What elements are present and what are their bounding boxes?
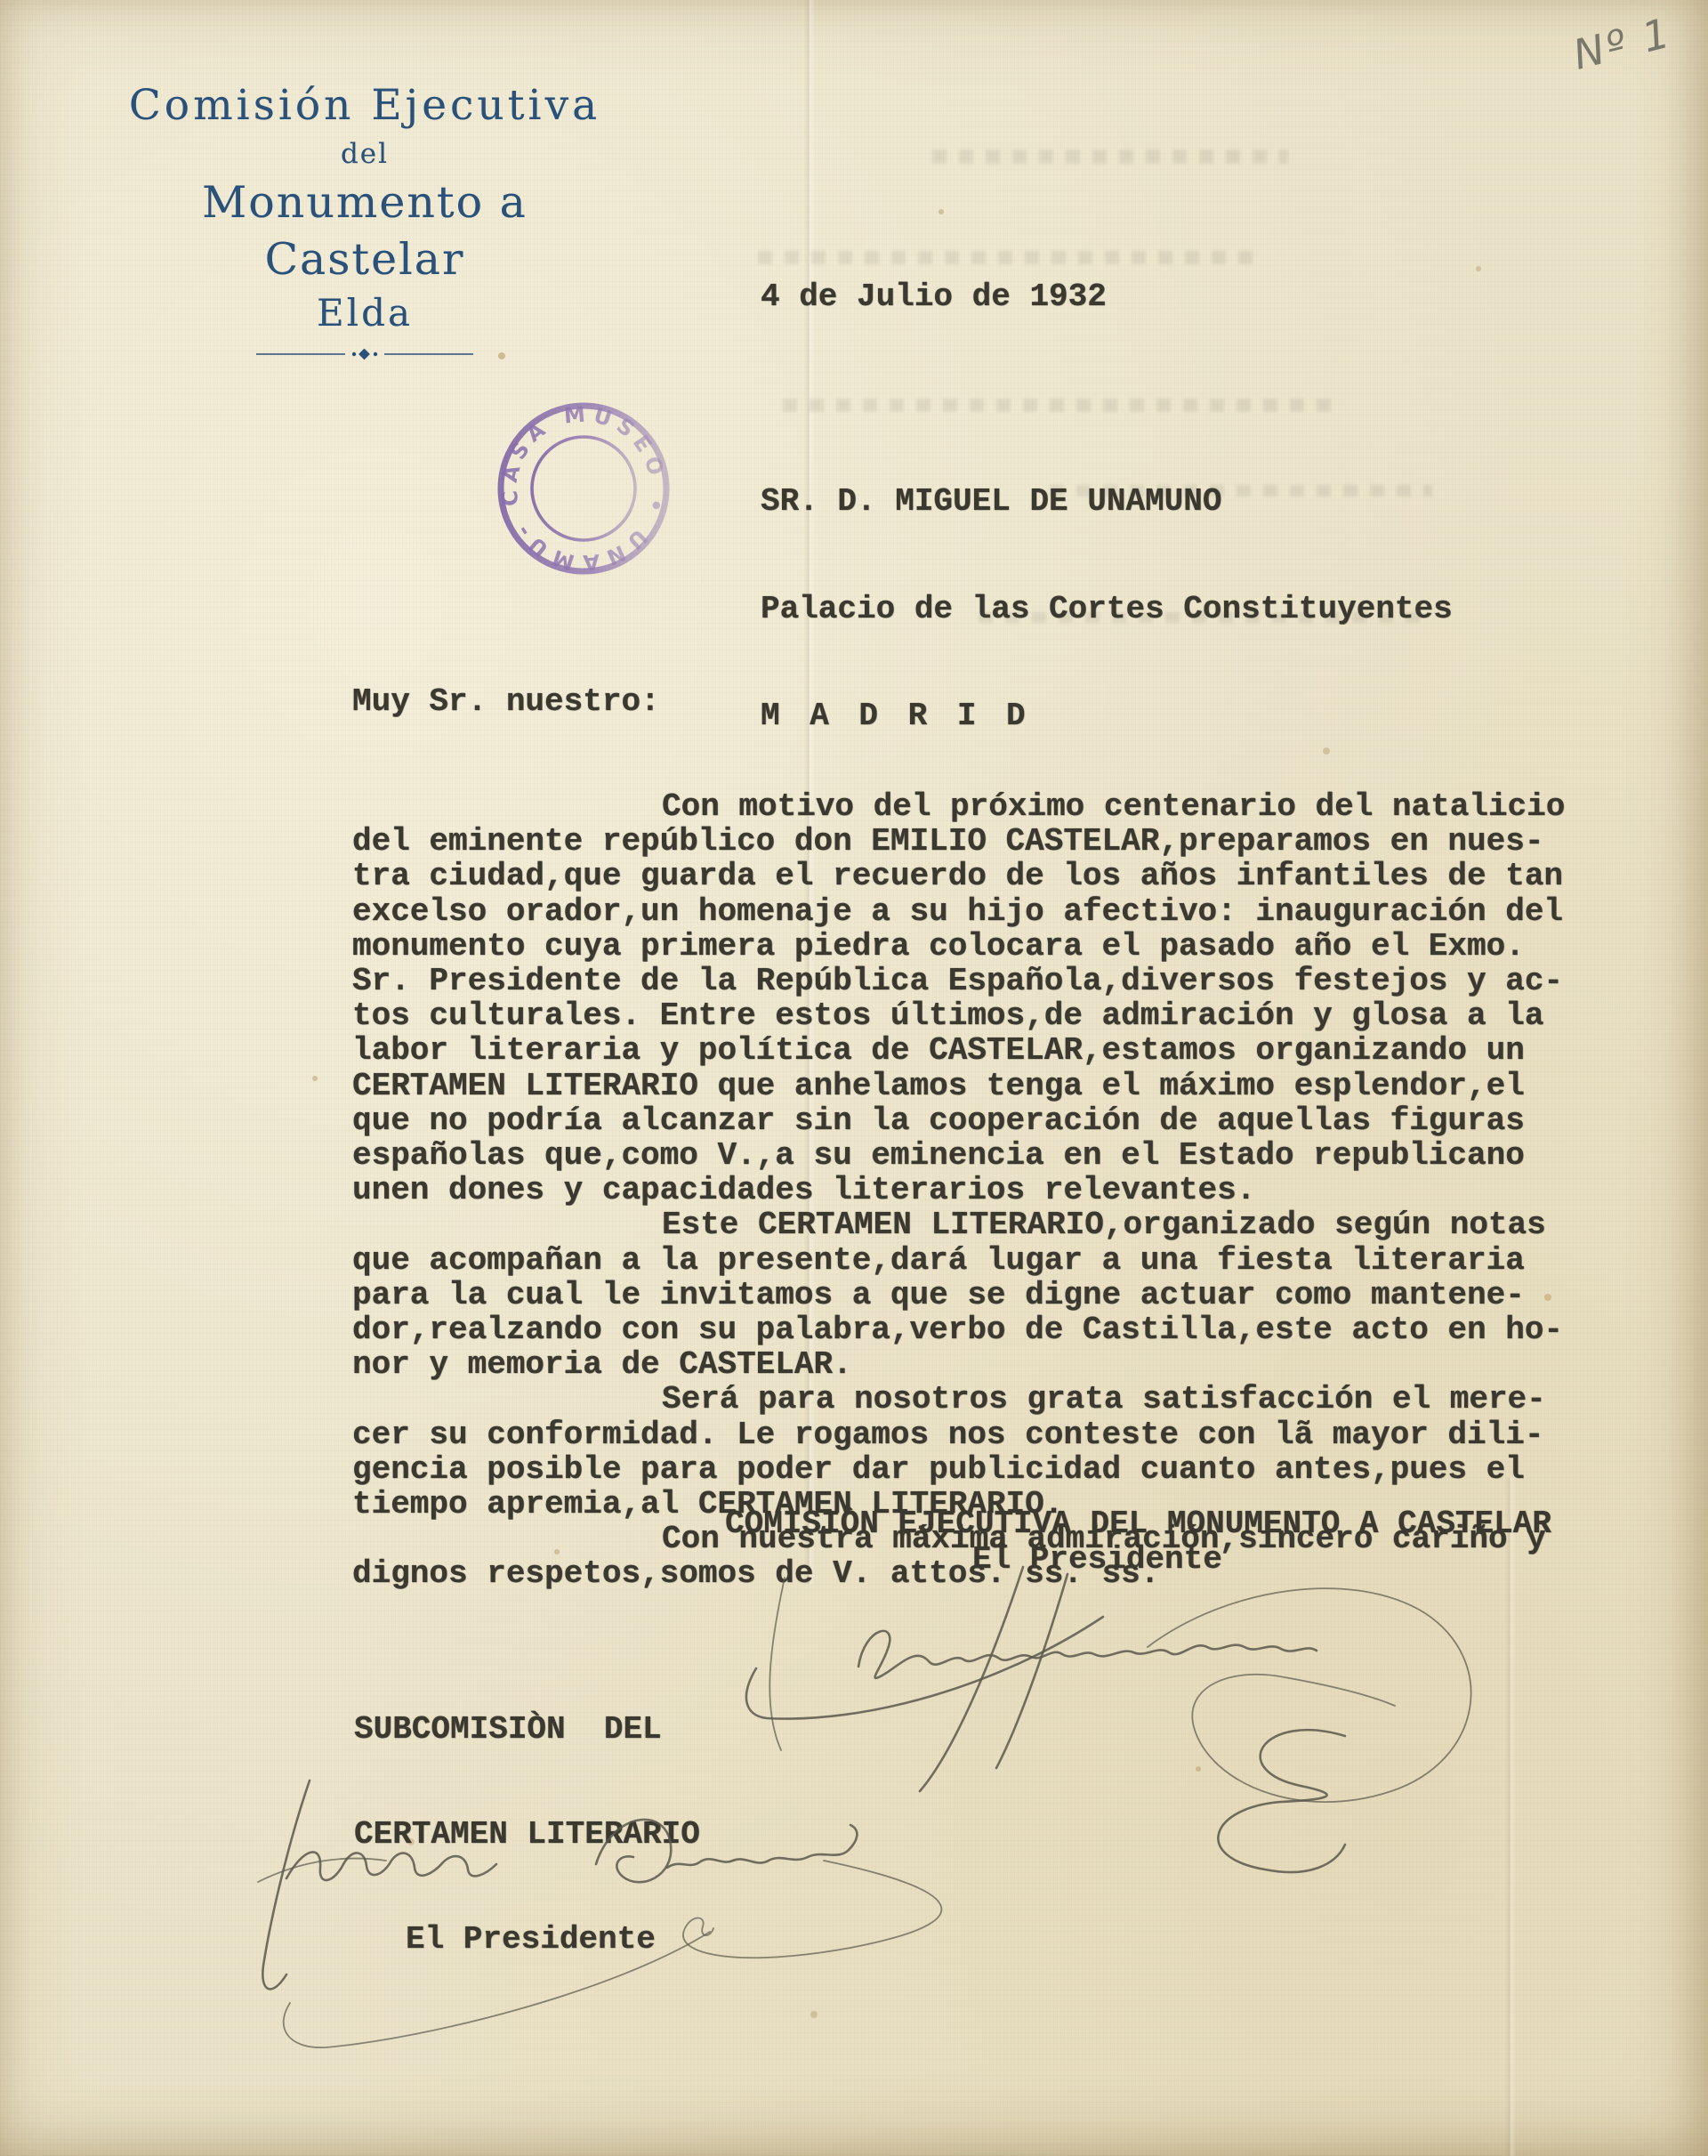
- body-line: labor literaria y política de CASTELAR,e…: [352, 1033, 1624, 1068]
- closing-title: El Presidente: [972, 1542, 1222, 1577]
- letterhead-org-line1: Comisión Ejecutiva: [107, 78, 623, 133]
- letterhead: Comisión Ejecutiva del Monumento a Caste…: [107, 78, 623, 367]
- body-line: gencia posible para poder dar publicidad…: [352, 1452, 1624, 1487]
- letter-body: Muy Sr. nuestro: Con motivo del próximo …: [352, 615, 1624, 1592]
- salutation: Muy Sr. nuestro:: [352, 684, 1624, 719]
- body-line: Será para nosotros grata satisfacción el…: [352, 1382, 1624, 1417]
- subcommission-line2: CERTAMEN LITERARIO: [354, 1817, 700, 1852]
- paper-specks: [0, 0, 4, 4]
- body-line: unen dones y capacidades literarios rele…: [352, 1173, 1624, 1207]
- subcommission-block: SUBCOMISIÒN DEL CERTAMEN LITERARIO El Pr…: [354, 1643, 700, 2026]
- scanned-letter-page: Nº 1 Comisión Ejecutiva del Monumento a …: [0, 0, 1708, 2156]
- body-line: monumento cuya primera piedra colocara e…: [352, 929, 1624, 964]
- body-line: CERTAMEN LITERARIO que anhelamos tenga e…: [352, 1069, 1624, 1103]
- body-line: dor,realzando con su palabra,verbo de Ca…: [352, 1312, 1624, 1347]
- letterhead-org-line2: del: [107, 133, 623, 174]
- body-line: cer su conformidad. Le rogamos nos conte…: [352, 1417, 1624, 1452]
- closing-org-line: COMISIÒN EJECUTIVA DEL MONUMENTO A CASTE…: [725, 1506, 1551, 1541]
- body-line: españolas que,como V.,a su eminencia en …: [352, 1138, 1624, 1173]
- body-line: Con motivo del próximo centenario del na…: [352, 789, 1624, 824]
- body-line: Este CERTAMEN LITERARIO,organizado según…: [352, 1207, 1624, 1242]
- stamp-ring-text: - CASA MUSEO • UNAMUNO: [438, 343, 706, 631]
- body-line: tos culturales. Entre estos últimos,de a…: [352, 998, 1624, 1033]
- casa-museo-unamuno-stamp: - CASA MUSEO • UNAMUNO: [438, 343, 729, 634]
- date-line: 4 de Julio de 1932: [761, 279, 1107, 314]
- recipient-name: SR. D. MIGUEL DE UNAMUNO: [761, 484, 1453, 519]
- letterhead-org-line3: Monumento a Castelar: [107, 174, 623, 288]
- president-signature: [729, 1562, 1575, 1935]
- body-line: para la cual le invitamos a que se digne…: [352, 1278, 1624, 1312]
- ink-ghost-smudge: [758, 251, 1256, 264]
- body-line: Sr. Presidente de la República Española,…: [352, 964, 1624, 998]
- body-line: que acompañan a la presente,dará lugar a…: [352, 1243, 1624, 1278]
- body-line: excelso orador,un homenaje a su hijo afe…: [352, 894, 1624, 929]
- subcommission-title: El Presidente: [354, 1922, 700, 1957]
- pencil-page-number: Nº 1: [1568, 8, 1677, 78]
- svg-text:- CASA MUSEO • UNAMUNO: - CASA MUSEO • UNAMUNO: [438, 343, 706, 631]
- body-line: del eminente repúblico don EMILIO CASTEL…: [352, 824, 1624, 859]
- subcommission-line1: SUBCOMISIÒN DEL: [354, 1712, 700, 1747]
- body-line: que no podría alcanzar sin la cooperació…: [352, 1103, 1624, 1138]
- ink-ghost-smudge: [932, 149, 1288, 164]
- letterhead-city: Elda: [107, 288, 623, 338]
- letterhead-flourish-rule: [249, 345, 480, 363]
- body-line: nor y memoria de CASTELAR.: [352, 1347, 1624, 1382]
- body-line: tra ciudad,que guarda el recuerdo de los…: [352, 859, 1624, 893]
- ink-ghost-smudge: [783, 399, 1334, 412]
